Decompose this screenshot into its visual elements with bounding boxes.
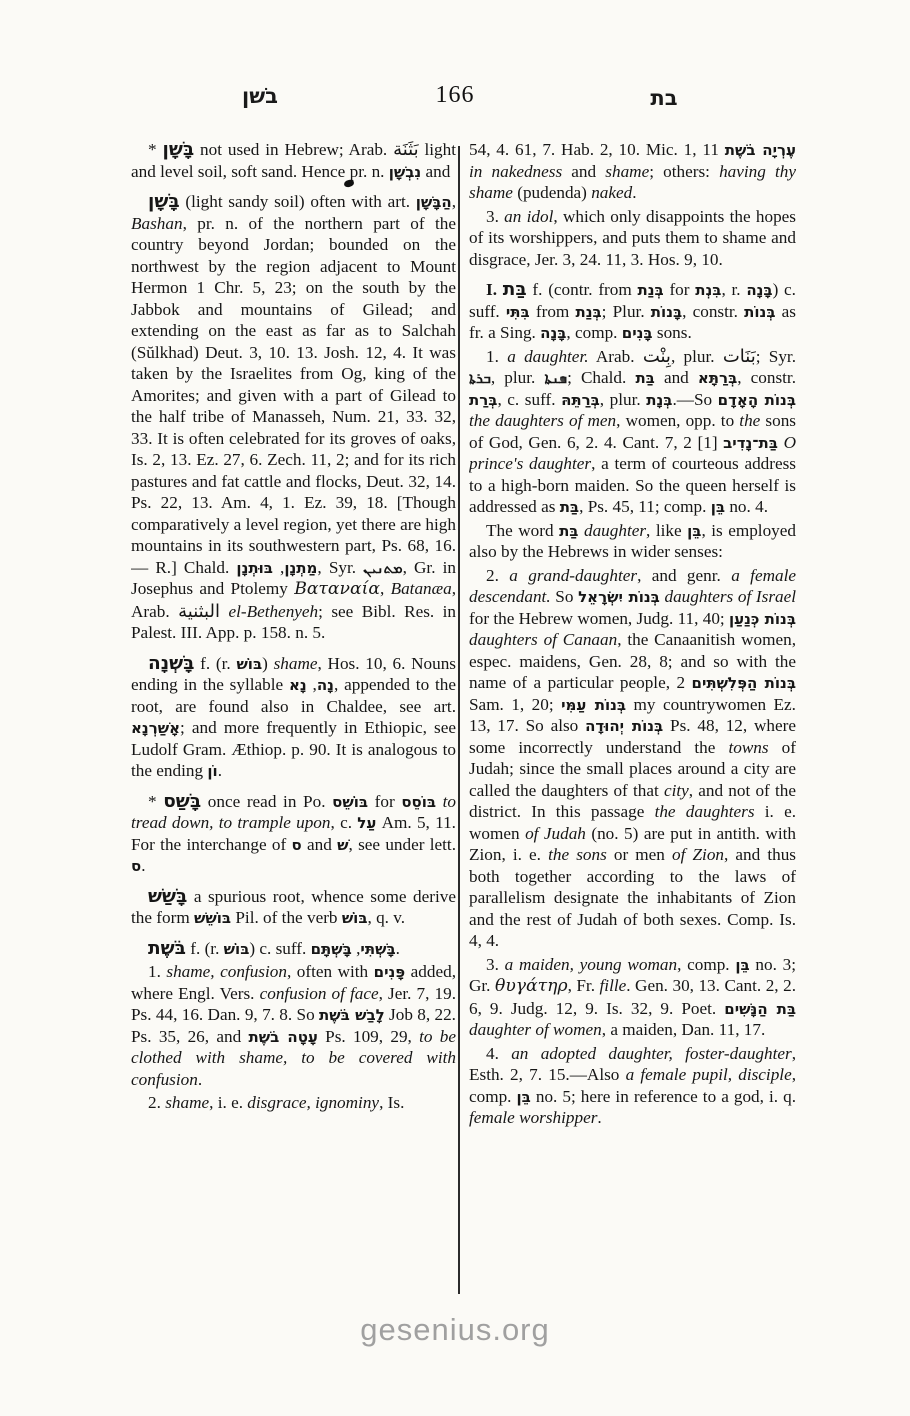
text-run: . bbox=[141, 856, 145, 875]
italic-text: a grand-daughter bbox=[509, 566, 637, 585]
hebrew-text: בּוֹסֵס bbox=[401, 793, 436, 811]
hebrew-text: בַּת־נָדִיב bbox=[723, 434, 778, 452]
paragraph: בָּשַׁשׁ a spurious root, whence some de… bbox=[131, 886, 456, 929]
text-run: , women, opp. to bbox=[616, 411, 739, 430]
hebrew-text: בְּרַתָּא bbox=[698, 369, 737, 387]
hebrew-headword: בָּשְׁנָה bbox=[148, 653, 194, 674]
text-run: , plur. bbox=[671, 347, 723, 366]
right-column: 54, 4. 61, 7. Hab. 2, 10. Mic. 1, 11 עֶר… bbox=[469, 139, 796, 1314]
text-run: , i. e. bbox=[209, 1093, 247, 1112]
hebrew-text: בִּתִּי bbox=[506, 303, 530, 321]
italic-text: an adopted daughter, foster-daughter bbox=[511, 1044, 792, 1063]
text-run: 1. bbox=[148, 962, 166, 981]
text-run: , comp. bbox=[566, 323, 621, 342]
text-run: ; others: bbox=[649, 162, 719, 181]
text-run: ) c. suff. bbox=[249, 939, 310, 958]
paragraph: 3. an idol, which only disappoints the h… bbox=[469, 206, 796, 271]
hebrew-headword: בָּשַׁס bbox=[163, 791, 201, 812]
italic-text: a female pupil, disciple bbox=[626, 1065, 792, 1084]
paragraph: 54, 4. 61, 7. Hab. 2, 10. Mic. 1, 11 עֶר… bbox=[469, 139, 796, 204]
text-run: Arab. bbox=[589, 347, 643, 366]
hebrew-headword: בָּשָׁן bbox=[162, 139, 194, 160]
text-run: 2. bbox=[148, 1093, 165, 1112]
syriac-text: ܡܬܢܝܢ bbox=[363, 561, 402, 577]
text-run: sons. bbox=[653, 323, 692, 342]
hebrew-text: שׁ bbox=[337, 836, 348, 854]
hebrew-headword: בֹּשֶׁת bbox=[148, 938, 186, 959]
italic-text: of Judah bbox=[525, 824, 586, 843]
paragraph: The word בַּת daughter, like בֵּן, is em… bbox=[469, 520, 796, 563]
hebrew-text: בְּרַתֵּהּ bbox=[561, 391, 600, 409]
ink-dot-artifact bbox=[560, 376, 566, 382]
hebrew-headword: בָּשָׁן bbox=[148, 191, 180, 212]
italic-text: city bbox=[664, 781, 689, 800]
hebrew-text: עַל bbox=[357, 814, 376, 832]
hebrew-headword: בַּת bbox=[503, 279, 527, 300]
italic-text: towns bbox=[728, 738, 768, 757]
hebrew-text: ס bbox=[292, 836, 302, 854]
hebrew-text: בּוֹשֵׁשׁ bbox=[194, 909, 231, 927]
hebrew-text: בְּנוֹת יִשְׂרָאֵל bbox=[578, 588, 660, 606]
hebrew-text: בְּנַת bbox=[638, 281, 664, 299]
paragraph: בָּשְׁנָה f. (r. בּוֹשׁ) shame, Hos. 10,… bbox=[131, 653, 456, 782]
text-run: ; Plur. bbox=[602, 302, 651, 321]
text-run: and bbox=[302, 835, 337, 854]
paragraph: 1. a daughter. Arab. بِنْت, plur. بَنَات… bbox=[469, 346, 796, 518]
text-run: So bbox=[551, 587, 578, 606]
italic-text: female worshipper bbox=[469, 1108, 597, 1127]
hebrew-text: בֵּן bbox=[687, 522, 701, 540]
hebrew-text: בְּנָת bbox=[646, 391, 672, 409]
italic-text: shame bbox=[605, 162, 649, 181]
hebrew-text: בּוֹשׁ bbox=[224, 940, 250, 958]
italic-text: fille bbox=[600, 976, 627, 995]
italic-text: el-Bethenyeh bbox=[228, 602, 318, 621]
hebrew-text: עָטָה בֹשֶׁת bbox=[248, 1028, 317, 1046]
hebrew-headword: בָּשַׁשׁ bbox=[148, 886, 187, 907]
hebrew-text: בָּשְׁתִּי bbox=[360, 940, 395, 958]
hebrew-text: בְּנוֹת bbox=[744, 303, 775, 321]
arabic-text: البثنية bbox=[178, 601, 220, 622]
hebrew-text: בָּנָה bbox=[746, 281, 772, 299]
italic-text: daughters of Israel bbox=[664, 587, 796, 606]
text-run: for the Hebrew women, Judg. 11, 40; bbox=[469, 609, 729, 628]
paragraph: 3. a maiden, young woman, comp. בֵּן no.… bbox=[469, 954, 796, 1041]
text-run: , constr. bbox=[737, 368, 796, 387]
text-run: 4. bbox=[486, 1044, 511, 1063]
text-run: , r. bbox=[721, 280, 746, 299]
text-run: , Syr. bbox=[317, 558, 363, 577]
text-run: , bbox=[380, 579, 391, 598]
greek-text: θυγάτηρ bbox=[495, 976, 568, 996]
italic-text: shame, confusion bbox=[166, 962, 287, 981]
hebrew-text: נָה bbox=[317, 676, 334, 694]
hebrew-text: נִבְשָׁן bbox=[389, 163, 421, 181]
hebrew-text: בַּת הַנָּשִׁים bbox=[724, 1000, 796, 1018]
italic-text: shame bbox=[274, 654, 318, 673]
text-run: no. 4. bbox=[725, 497, 768, 516]
text-run: (light sandy soil) often with art. bbox=[180, 192, 416, 211]
italic-text: Bashan bbox=[131, 214, 183, 233]
paragraph: * בָּשָׁן not used in Hebrew; Arab. بَثَ… bbox=[131, 139, 456, 182]
italic-text: in nakedness bbox=[469, 162, 562, 181]
hebrew-text: בִּנְת bbox=[695, 281, 721, 299]
text-run: The word bbox=[486, 521, 559, 540]
watermark: gesenius.org bbox=[0, 1312, 910, 1348]
hebrew-text: בַּת bbox=[559, 522, 578, 540]
text-run: , bbox=[452, 192, 456, 211]
text-run: ; Chald. bbox=[567, 368, 635, 387]
text-run: , Ps. 45, 11; comp. bbox=[579, 497, 711, 516]
text-run: , like bbox=[646, 521, 687, 540]
hebrew-text: בְּנוֹת כְּנַעַן bbox=[729, 610, 796, 628]
text-run: , pr. n. of the northern part of the cou… bbox=[131, 214, 456, 577]
hebrew-text: בָּנִים bbox=[622, 324, 653, 342]
text-run: 54, 4. 61, 7. Hab. 2, 10. Mic. 1, 11 bbox=[469, 140, 725, 159]
running-head-right-keyword: בת bbox=[632, 86, 696, 110]
text-run bbox=[436, 792, 443, 811]
italic-text: confusion of face bbox=[260, 984, 379, 1003]
paragraph: I. בַּת f. (contr. from בְּנַת for בִּנְ… bbox=[469, 279, 796, 344]
text-run: , Fr. bbox=[568, 976, 600, 995]
text-run: , and genr. bbox=[637, 566, 731, 585]
text-run: 3. bbox=[486, 955, 505, 974]
text-run: 3. bbox=[486, 207, 504, 226]
text-run: 2. bbox=[486, 566, 509, 585]
hebrew-text: פָּנִים bbox=[374, 963, 406, 981]
italic-text: naked bbox=[591, 183, 632, 202]
text-run: no. 5; here in reference to a god, i. q. bbox=[531, 1087, 796, 1106]
hebrew-text: הַבָּשָׁן bbox=[416, 193, 452, 211]
hebrew-text: אָשַׁרְנָא bbox=[131, 719, 180, 737]
text-run: , c. suff. bbox=[497, 390, 561, 409]
text-run: and bbox=[421, 162, 450, 181]
hebrew-text: בּוֹשֵׁס bbox=[332, 793, 368, 811]
hebrew-text: בָּנָה bbox=[540, 324, 566, 342]
text-run: , constr. bbox=[682, 302, 744, 321]
text-run: ) bbox=[262, 654, 273, 673]
text-run: , Is. bbox=[379, 1093, 404, 1112]
paragraph: 2. shame, i. e. disgrace, ignominy, Is. bbox=[131, 1092, 456, 1114]
paragraph: בָּשָׁן (light sandy soil) often with ar… bbox=[131, 191, 456, 644]
arabic-text: بَنَات bbox=[723, 346, 756, 367]
hebrew-text: בַּת bbox=[560, 498, 579, 516]
text-run: . bbox=[597, 1108, 601, 1127]
hebrew-text: בֵּן bbox=[711, 498, 725, 516]
arabic-text: بِنْت bbox=[643, 346, 671, 367]
hebrew-text: בֵּן bbox=[735, 956, 749, 974]
italic-text: the daughters bbox=[655, 802, 755, 821]
italic-text: the bbox=[739, 411, 760, 430]
scanned-lexicon-page: בשׁן 166 בת * בָּשָׁן not used in Hebrew… bbox=[0, 0, 910, 1416]
hebrew-text: בּוֹשׁ bbox=[236, 655, 262, 673]
text-run: f. (r. bbox=[186, 939, 224, 958]
page-number: 166 bbox=[0, 82, 910, 109]
hebrew-text: בְּנוֹת עַמִּי bbox=[561, 696, 626, 714]
text-run: , bbox=[273, 558, 284, 577]
hebrew-text: בַּת bbox=[635, 369, 654, 387]
text-run: Pil. of the verb bbox=[231, 908, 342, 927]
text-run: or men bbox=[607, 845, 672, 864]
italic-text: of Zion bbox=[672, 845, 724, 864]
italic-text: shame bbox=[165, 1093, 209, 1112]
hebrew-text: מַתְנָן bbox=[284, 559, 317, 577]
greek-text: Βαταναία bbox=[294, 579, 380, 599]
italic-text: the sons bbox=[548, 845, 607, 864]
text-run: , bbox=[307, 675, 317, 694]
syriac-text: ܒܪܬܐ bbox=[469, 371, 491, 387]
hebrew-text: בֵּן bbox=[517, 1088, 531, 1106]
italic-text: disgrace, ignominy bbox=[247, 1093, 379, 1112]
bold-text: I. bbox=[486, 280, 503, 299]
text-run: , c. bbox=[331, 813, 358, 832]
text-run: and bbox=[655, 368, 698, 387]
paragraph: 1. shame, confusion, often with פָּנִים … bbox=[131, 961, 456, 1090]
text-run: , comp. bbox=[677, 955, 735, 974]
text-run: not used in Hebrew; Arab. bbox=[194, 140, 393, 159]
italic-text: daughters of Canaan bbox=[469, 630, 617, 649]
text-run: , plur. bbox=[491, 368, 545, 387]
text-run: once read in Po. bbox=[201, 792, 332, 811]
text-run: . bbox=[198, 1070, 202, 1089]
hebrew-text: בְּנוֹת יְהוּדָה bbox=[585, 717, 663, 735]
text-run: and bbox=[562, 162, 605, 181]
italic-text: the daughters of men bbox=[469, 411, 616, 430]
text-run: Ps. 109, 29, bbox=[318, 1027, 419, 1046]
text-run: , see under lett. bbox=[349, 835, 457, 854]
text-run: , q. v. bbox=[367, 908, 405, 927]
paragraph: 2. a grand-daughter, and genr. a female … bbox=[469, 565, 796, 952]
text-run: . bbox=[218, 761, 222, 780]
italic-text: a daughter. bbox=[507, 347, 588, 366]
text-run: 1. bbox=[486, 347, 507, 366]
text-run: for bbox=[664, 280, 696, 299]
hebrew-text: בָּשְׁתָּם bbox=[311, 940, 352, 958]
text-run: , a maiden, Dan. 11, 17. bbox=[602, 1020, 766, 1039]
italic-text: daughter bbox=[584, 521, 646, 540]
text-run: .—So bbox=[672, 390, 717, 409]
left-column: * בָּשָׁן not used in Hebrew; Arab. بَثَ… bbox=[131, 139, 456, 1311]
italic-text: Batanæa bbox=[391, 579, 452, 598]
arabic-text: بَثَنَة bbox=[393, 139, 419, 160]
text-run: * bbox=[148, 792, 163, 811]
text-run: from bbox=[530, 302, 576, 321]
italic-text: daughter of women bbox=[469, 1020, 602, 1039]
text-run: (pudenda) bbox=[513, 183, 591, 202]
text-run: , plur. bbox=[600, 390, 646, 409]
column-divider-rule bbox=[458, 146, 460, 1294]
paragraph: בֹּשֶׁת f. (r. בּוֹשׁ) c. suff. בָּשְׁתִ… bbox=[131, 938, 456, 960]
text-run: ; Syr. bbox=[756, 347, 796, 366]
text-run: . bbox=[396, 939, 400, 958]
paragraph: 4. an adopted daughter, foster-daughter,… bbox=[469, 1043, 796, 1129]
hebrew-text: בְּנַת bbox=[575, 303, 601, 321]
italic-text: an idol bbox=[504, 207, 553, 226]
paragraph: * בָּשַׁס once read in Po. בּוֹשֵׁס for … bbox=[131, 791, 456, 877]
hebrew-text: עֶרְיָה בֹשֶׁת bbox=[725, 141, 796, 159]
italic-text: a maiden, young woman bbox=[505, 955, 677, 974]
text-run: . bbox=[632, 183, 636, 202]
text-run: f. (r. bbox=[194, 654, 236, 673]
text-run: for bbox=[368, 792, 401, 811]
hebrew-text: ס bbox=[131, 857, 141, 875]
text-run: ; and more frequently in Ethiopic, see L… bbox=[131, 718, 456, 780]
hebrew-text: לָבַשׁ בֹּשֶׁת bbox=[319, 1006, 385, 1024]
hebrew-text: בּוּתְנָן bbox=[236, 559, 273, 577]
text-run: f. (contr. from bbox=[527, 280, 638, 299]
hebrew-text: וֹן bbox=[207, 762, 217, 780]
hebrew-text: בְּנוֹת הַפְּלִשְׁתִּים bbox=[692, 674, 796, 692]
text-run: * bbox=[148, 140, 162, 159]
hebrew-text: נָא bbox=[289, 676, 307, 694]
text-run: , often with bbox=[287, 962, 374, 981]
hebrew-text: בּוֹשׁ bbox=[342, 909, 368, 927]
hebrew-text: בָּנוֹת bbox=[651, 303, 682, 321]
hebrew-text: בְּרַת bbox=[469, 391, 497, 409]
hebrew-text: בְּנוֹת הָאָדָם bbox=[718, 391, 796, 409]
